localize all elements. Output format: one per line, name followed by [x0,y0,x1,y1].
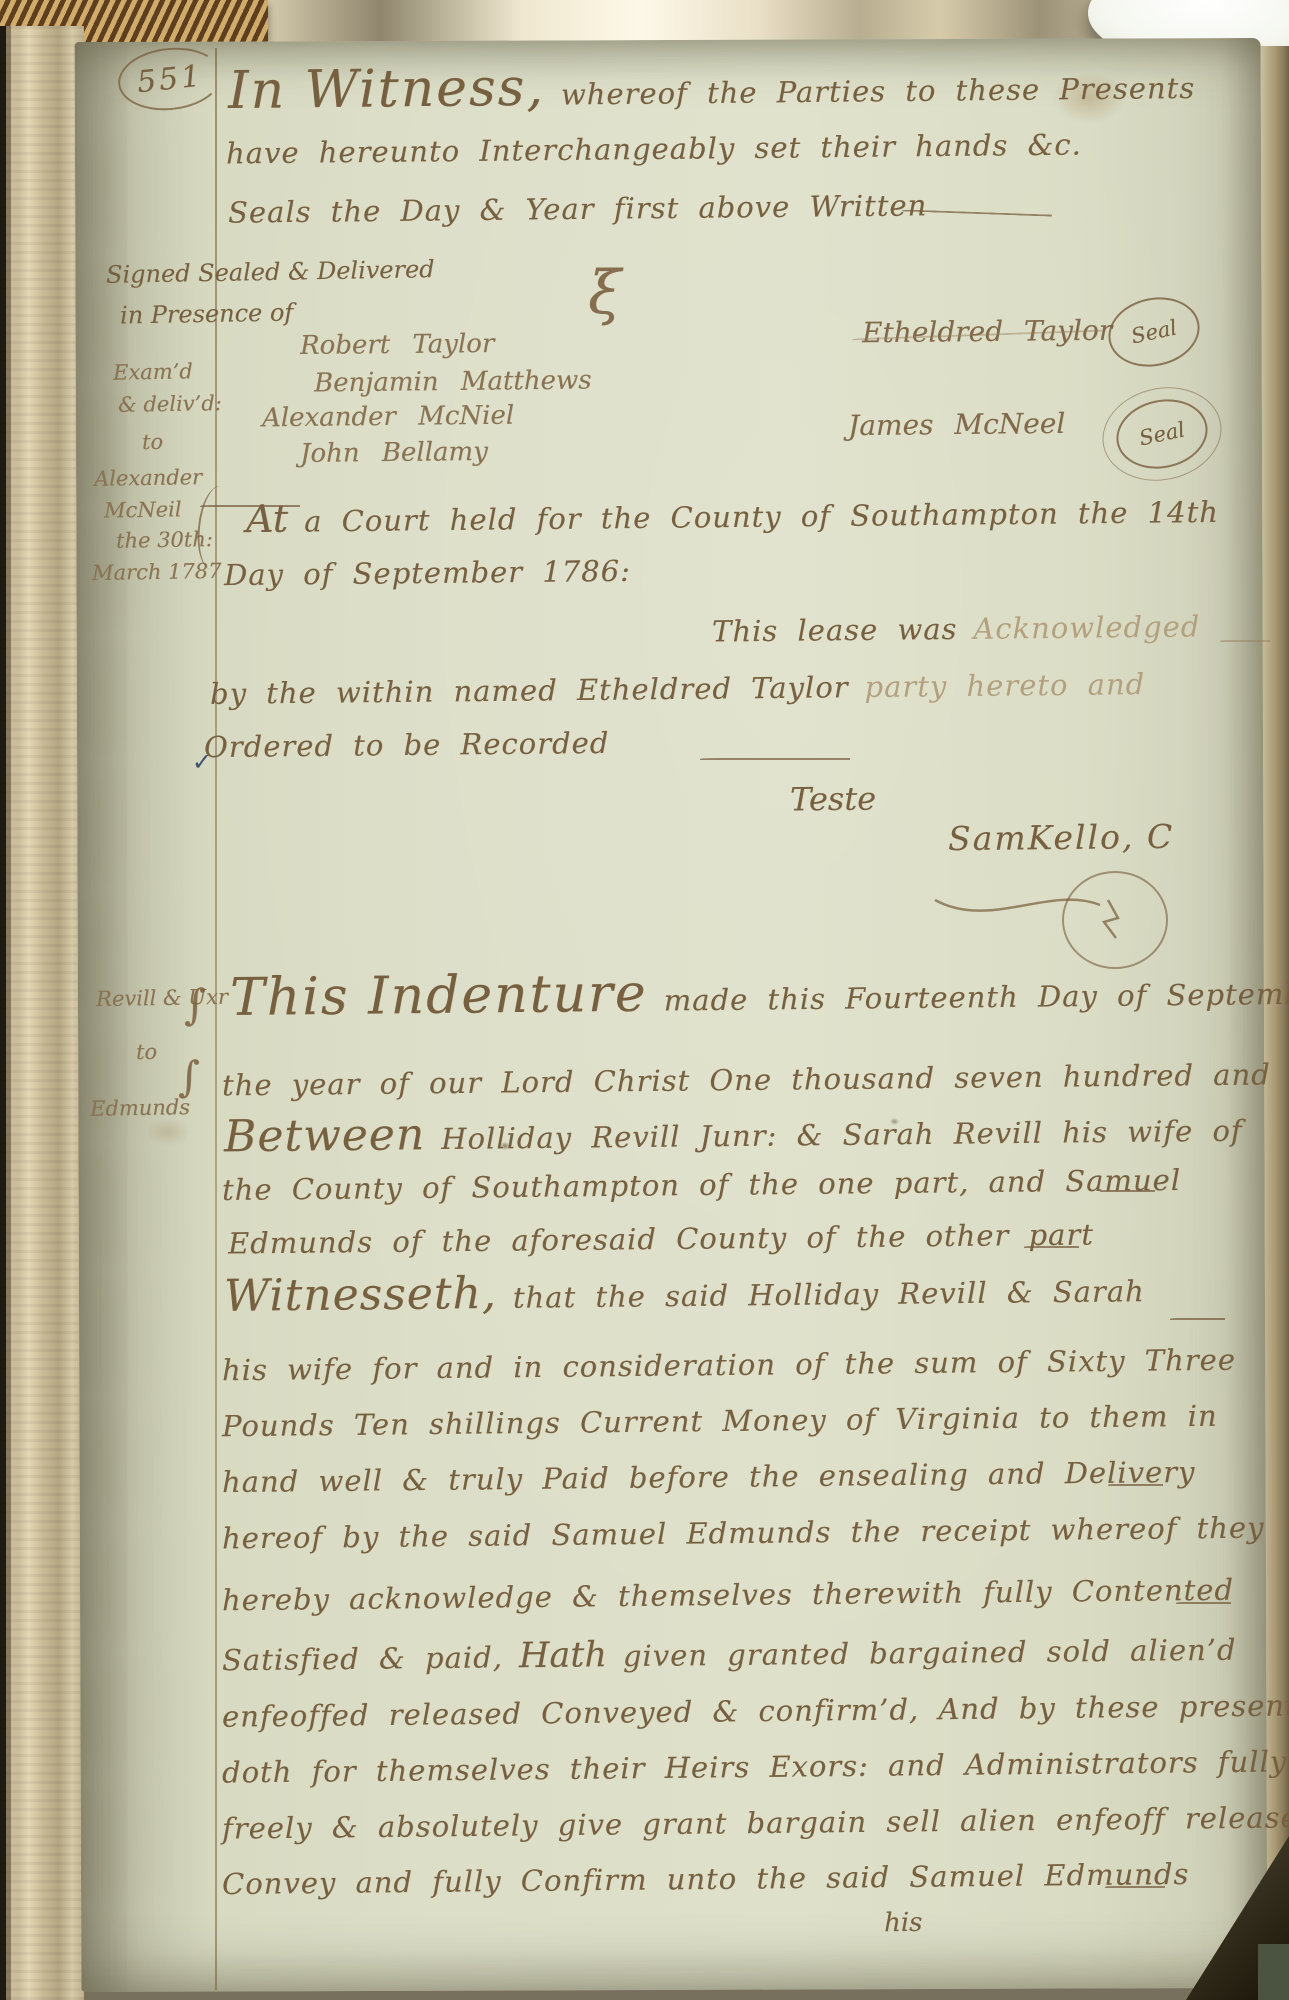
margin-note-exam: to [142,430,164,454]
witness-clause-opening: In Witness, [228,58,545,121]
witness-clause-line-1-rest: whereof the Parties to these Presents [561,71,1196,112]
signature-james-mcneel: James McNeel [848,407,1066,442]
witness-name: Benjamin Matthews [314,366,592,399]
pen-tilde [1024,1246,1079,1248]
pen-brace-icon: ∫ [184,980,206,1029]
witness-clause-line-1: In Witness, whereof the Parties to these… [228,51,1196,121]
margin-note-exam: Alexander [94,465,203,491]
pen-bracket-icon: ξ [588,258,621,328]
pen-tilde [1105,1886,1165,1888]
witness-name: John Bellamy [300,437,488,469]
pen-tilde [1108,1484,1163,1486]
catchword: his [884,1908,923,1938]
pen-tilde [1100,1190,1155,1192]
attestation-label-1: Signed Sealed & Delivered [106,255,435,289]
pen-dash [700,758,850,760]
pen-brace-icon: ∫ [178,1052,200,1101]
seal-stamp: Seal [1110,391,1214,477]
paper-stain [146,1118,190,1146]
margin-note-exam: McNeil [104,497,182,522]
indenture-heading: This Indenture [230,964,648,1028]
pen-tilde [1176,1602,1231,1604]
clerk-signature: SamKello, C [948,817,1174,858]
table-surface-corner [1258,1944,1289,2000]
indenture-heading-line: This Indenture made this Fourteenth Day … [230,956,1289,1028]
court-lead: At [246,497,289,541]
attestation-label-2: in Presence of [120,298,294,329]
check-mark: ✓ [192,748,212,776]
page-number: 551 [135,58,205,100]
margin-note-exam: Exam’d [113,359,193,384]
indenture-line: Between Holliday Revill Junr: & Sarah Re… [224,1101,1243,1163]
witness-name: Alexander McNiel [262,401,514,434]
margin-rule-line [215,48,217,1990]
pen-dash [1220,640,1270,642]
acknowledgment-line-3: Ordered to be Recorded [204,726,610,764]
teste-label: Teste [790,780,876,819]
indenture-line: Witnesseth, that the said Holliday Revil… [224,1261,1145,1322]
page-stack-left [0,26,84,2000]
pen-tilde [1170,1318,1225,1320]
witness-name: Robert Taylor [300,329,495,361]
court-record-line-2: Day of September 1786: [224,554,631,592]
margin-note-exam: & deliv’d: [118,391,222,417]
margin-note-case: Edmunds [90,1095,190,1121]
acknowledgment-line-1: This lease was Acknowledged [712,609,1201,648]
margin-note-case: Revill & Uxr [96,985,228,1011]
margin-note-case: to [136,1040,158,1064]
